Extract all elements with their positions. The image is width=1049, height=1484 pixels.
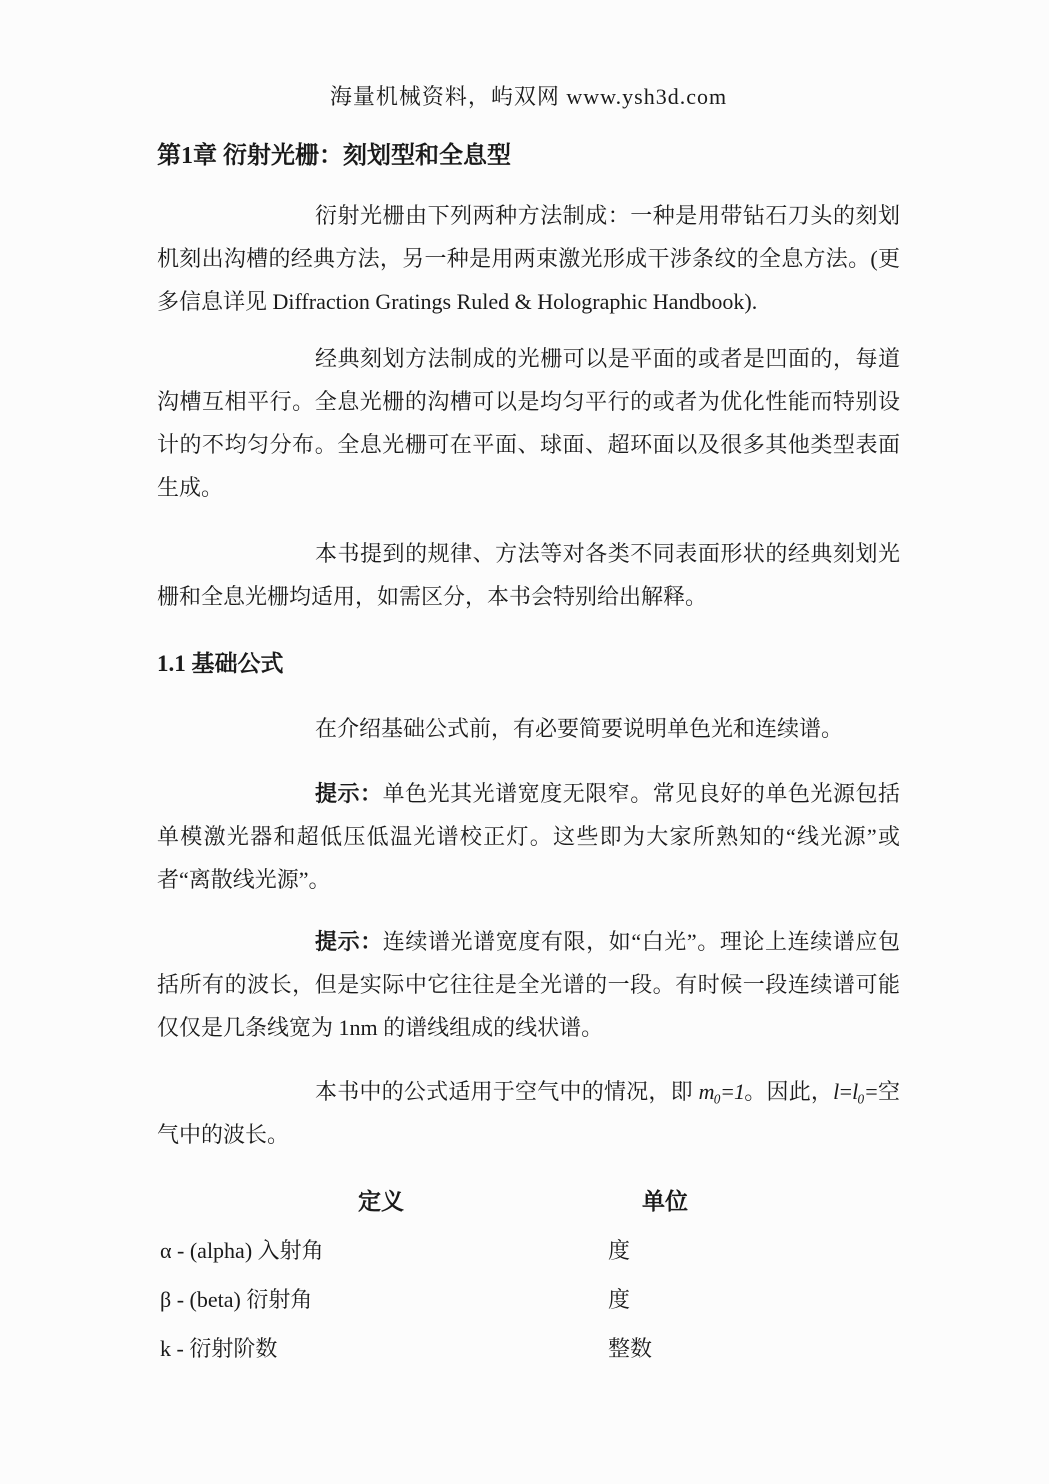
section-heading-basic-formulas: 1.1 基础公式 xyxy=(157,642,900,685)
unit-order-k: 整数 xyxy=(605,1327,900,1370)
definition-order-k: k - 衍射阶数 xyxy=(157,1327,605,1370)
table-header-row: 定义 单位 xyxy=(157,1180,900,1223)
definition-alpha: α - (alpha) 入射角 xyxy=(157,1229,605,1272)
definitions-table: 定义 单位 α - (alpha) 入射角 度 β - (beta) 衍射角 度… xyxy=(157,1180,900,1370)
table-row: α - (alpha) 入射角 度 xyxy=(157,1229,900,1272)
formula-lambda0: l=l₀= xyxy=(833,1079,878,1104)
tip-label: 提示： xyxy=(315,781,383,806)
tip-monochromatic-light: 提示：单色光其光谱宽度无限窄。常见良好的单色光源包括单模激光器和超低压低温光谱校… xyxy=(157,772,900,901)
tip-continuous-spectrum: 提示：连续谱光谱宽度有限，如“白光”。理论上连续谱应包括所有的波长，但是实际中它… xyxy=(157,920,900,1049)
unit-alpha: 度 xyxy=(605,1229,900,1272)
paragraph-applicability: 本书提到的规律、方法等对各类不同表面形状的经典刻划光栅和全息光栅均适用，如需区分… xyxy=(157,532,900,618)
unit-beta: 度 xyxy=(605,1278,900,1321)
chapter-title: 第1章 衍射光栅：刻划型和全息型 xyxy=(157,135,900,178)
document-content: 海量机械资料，屿双网 www.ysh3d.com 第1章 衍射光栅：刻划型和全息… xyxy=(157,75,900,1370)
paragraph-air-formula: 本书中的公式适用于空气中的情况，即 m₀=1。因此，l=l₀=空气中的波长。 xyxy=(157,1070,900,1156)
document-page: 海量机械资料，屿双网 www.ysh3d.com 第1章 衍射光栅：刻划型和全息… xyxy=(0,0,1049,1484)
paragraph-intro-monochromatic: 在介绍基础公式前，有必要简要说明单色光和连续谱。 xyxy=(157,707,900,750)
definition-beta: β - (beta) 衍射角 xyxy=(157,1278,605,1321)
table-header-unit: 单位 xyxy=(605,1180,900,1223)
tip-text: 单色光其光谱宽度无限窄。常见良好的单色光源包括单模激光器和超低压低温光谱校正灯。… xyxy=(157,781,900,892)
paragraph-grating-methods: 衍射光栅由下列两种方法制成：一种是用带钻石刀头的刻划机刻出沟槽的经典方法，另一种… xyxy=(157,194,900,323)
table-row: β - (beta) 衍射角 度 xyxy=(157,1278,900,1321)
paragraph-classic-vs-holographic: 经典刻划方法制成的光栅可以是平面的或者是凹面的，每道沟槽互相平行。全息光栅的沟槽… xyxy=(157,337,900,509)
formula-text-segment: 。因此， xyxy=(744,1079,833,1104)
table-header-definition: 定义 xyxy=(157,1180,605,1223)
tip-label: 提示： xyxy=(315,929,383,954)
watermark-header: 海量机械资料，屿双网 www.ysh3d.com xyxy=(157,75,900,118)
formula-m0: m₀=1 xyxy=(699,1079,744,1104)
formula-text-segment: 本书中的公式适用于空气中的情况，即 xyxy=(315,1079,699,1104)
table-row: k - 衍射阶数 整数 xyxy=(157,1327,900,1370)
tip-text: 连续谱光谱宽度有限，如“白光”。理论上连续谱应包括所有的波长，但是实际中它往往是… xyxy=(157,929,900,1040)
